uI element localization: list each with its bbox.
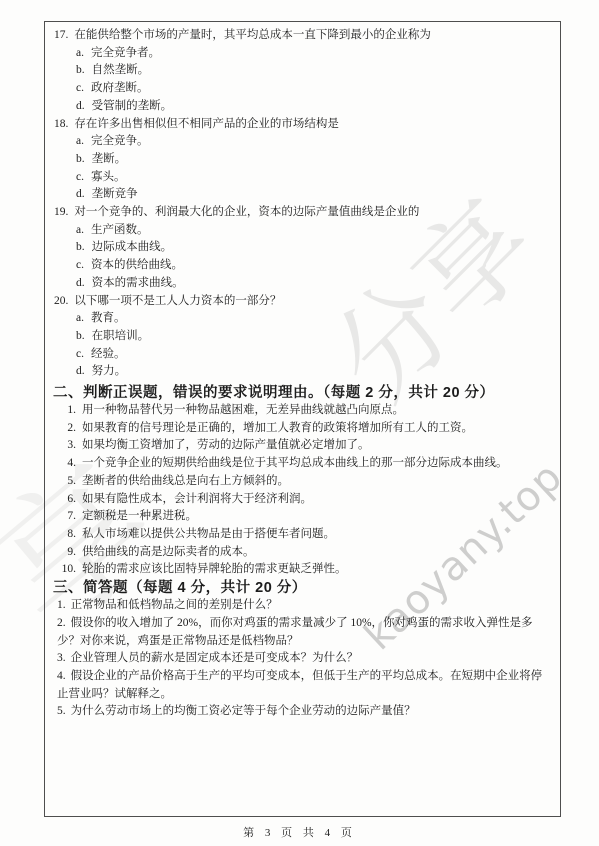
question-text: 对一个竞争的、利润最大化的企业，资本的边际产量值曲线是企业的: [74, 206, 419, 218]
question-stem: 20.以下哪一项不是工人人力资本的一部分？: [45, 293, 560, 311]
question-19: 19.对一个竞争的、利润最大化的企业，资本的边际产量值曲线是企业的 a.生产函数…: [45, 204, 560, 293]
option-a: a.完全竞争者。: [45, 45, 560, 63]
option-text: 政府垄断。: [91, 82, 149, 94]
option-label: a.: [76, 222, 84, 240]
item-text: 轮胎的需求应该比固特异牌轮胎的需求更缺乏弹性。: [82, 561, 347, 579]
option-text: 努力。: [92, 365, 127, 377]
item-number: 1.: [45, 402, 76, 420]
option-a: a.教育。: [45, 310, 560, 328]
item-text: 私人市场难以提供公共物品是由于搭便车者问题。: [82, 526, 335, 544]
option-text: 在职培训。: [92, 330, 150, 342]
tf-item-4: 4.一个竞争企业的短期供给曲线是位于其平均总成本曲线上的那一部分边际成本曲线。: [45, 455, 560, 473]
item-text: 如果教育的信号理论是正确的，增加工人教育的政策将增加所有工人的工资。: [82, 420, 473, 438]
option-label: a.: [76, 133, 84, 151]
option-text: 垄断竞争: [92, 188, 138, 200]
option-b: b.在职培训。: [45, 328, 560, 346]
option-c: c.经验。: [45, 346, 560, 364]
short-answer-section: 三、简答题（每题 4 分，共计 20 分） 1.正常物品和低档物品之间的差别是什…: [45, 579, 560, 721]
question-18: 18.存在许多出售相似但不相同产品的企业的市场结构是 a.完全竞争。 b.垄断。…: [45, 116, 560, 205]
item-text: 企业管理人员的薪水是固定成本还是可变成本？为什么？: [71, 652, 359, 664]
question-text: 在能供给整个市场的产量时，其平均总成本一直下降到最小的企业称为: [74, 29, 431, 41]
item-number: 3.: [57, 650, 66, 668]
question-number: 20.: [54, 293, 68, 311]
option-label: d.: [76, 98, 85, 116]
item-number: 8.: [45, 526, 76, 544]
question-text: 存在许多出售相似但不相同产品的企业的市场结构是: [74, 118, 339, 130]
question-number: 18.: [54, 116, 68, 134]
option-b: b.垄断。: [45, 151, 560, 169]
true-false-section: 二、判断正误题，错误的要求说明理由。（每题 2 分，共计 20 分） 1.用一种…: [45, 384, 560, 579]
option-c: c.资本的供给曲线。: [45, 257, 560, 275]
option-text: 资本的需求曲线。: [92, 277, 184, 289]
option-label: d.: [76, 186, 85, 204]
option-label: b.: [76, 62, 85, 80]
option-text: 教育。: [91, 312, 126, 324]
question-stem: 17.在能供给整个市场的产量时，其平均总成本一直下降到最小的企业称为: [45, 27, 560, 45]
multiple-choice-section: 17.在能供给整个市场的产量时，其平均总成本一直下降到最小的企业称为 a.完全竞…: [45, 27, 560, 381]
option-label: b.: [76, 239, 85, 257]
item-number: 5.: [57, 703, 66, 721]
option-label: c.: [76, 169, 84, 187]
sa-item-4: 4.假设企业的产品价格高于生产的平均可变成本，但低于生产的平均总成本。在短期中企…: [45, 668, 560, 703]
item-text: 正常物品和低档物品之间的差别是什么？: [71, 599, 278, 611]
question-number: 19.: [54, 204, 68, 222]
item-number: 4.: [57, 668, 66, 686]
item-number: 1.: [57, 597, 66, 615]
question-stem: 19.对一个竞争的、利润最大化的企业，资本的边际产量值曲线是企业的: [45, 204, 560, 222]
option-a: a.完全竞争。: [45, 133, 560, 151]
option-c: c.寡头。: [45, 169, 560, 187]
option-label: a.: [76, 45, 84, 63]
tf-item-7: 7.定额税是一种累进税。: [45, 508, 560, 526]
item-number: 2.: [57, 615, 66, 633]
option-label: c.: [76, 257, 84, 275]
tf-item-2: 2.如果教育的信号理论是正确的，增加工人教育的政策将增加所有工人的工资。: [45, 420, 560, 438]
option-text: 垄断。: [92, 153, 127, 165]
question-number: 17.: [54, 27, 68, 45]
tf-item-6: 6.如果有隐性成本，会计利润将大于经济利润。: [45, 491, 560, 509]
option-text: 资本的供给曲线。: [91, 259, 183, 271]
tf-item-9: 9.供给曲线的高是边际卖者的成本。: [45, 544, 560, 562]
sa-item-5: 5.为什么劳动市场上的均衡工资必定等于每个企业劳动的边际产量值？: [45, 703, 560, 721]
item-text: 用一种物品替代另一种物品越困难，无差异曲线就越凸向原点。: [82, 402, 404, 420]
item-number: 10.: [45, 561, 76, 579]
item-number: 6.: [45, 491, 76, 509]
tf-item-8: 8.私人市场难以提供公共物品是由于搭便车者问题。: [45, 526, 560, 544]
option-b: b.自然垄断。: [45, 62, 560, 80]
question-text: 以下哪一项不是工人人力资本的一部分？: [74, 295, 281, 307]
item-number: 9.: [45, 544, 76, 562]
item-text: 定额税是一种累进税。: [82, 508, 197, 526]
sa-item-1: 1.正常物品和低档物品之间的差别是什么？: [45, 597, 560, 615]
sa-item-2: 2.假设你的收入增加了 20%，而你对鸡蛋的需求量减少了 10%，你对鸡蛋的需求…: [45, 615, 560, 650]
option-text: 完全竞争。: [91, 135, 149, 147]
option-label: c.: [76, 346, 84, 364]
option-text: 寡头。: [91, 171, 126, 183]
option-a: a.生产函数。: [45, 222, 560, 240]
option-label: b.: [76, 151, 85, 169]
option-text: 生产函数。: [91, 224, 149, 236]
section3-heading: 三、简答题（每题 4 分，共计 20 分）: [45, 579, 560, 597]
item-text: 一个竞争企业的短期供给曲线是位于其平均总成本曲线上的那一部分边际成本曲线。: [82, 455, 508, 473]
page-number: 第 3 页 共 4 页: [0, 824, 599, 840]
exam-page: 17.在能供给整个市场的产量时，其平均总成本一直下降到最小的企业称为 a.完全竞…: [44, 21, 561, 817]
tf-item-3: 3.如果均衡工资增加了，劳动的边际产量值就必定增加了。: [45, 437, 560, 455]
item-text: 为什么劳动市场上的均衡工资必定等于每个企业劳动的边际产量值？: [71, 705, 416, 717]
option-d: d.努力。: [45, 363, 560, 381]
option-c: c.政府垄断。: [45, 80, 560, 98]
option-d: d.资本的需求曲线。: [45, 275, 560, 293]
option-d: d.垄断竞争: [45, 186, 560, 204]
question-20: 20.以下哪一项不是工人人力资本的一部分？ a.教育。 b.在职培训。 c.经验…: [45, 293, 560, 382]
sa-item-3: 3.企业管理人员的薪水是固定成本还是可变成本？为什么？: [45, 650, 560, 668]
option-label: a.: [76, 310, 84, 328]
item-text: 供给曲线的高是边际卖者的成本。: [82, 544, 255, 562]
option-text: 边际成本曲线。: [92, 241, 173, 253]
tf-item-1: 1.用一种物品替代另一种物品越困难，无差异曲线就越凸向原点。: [45, 402, 560, 420]
option-text: 经验。: [91, 348, 126, 360]
option-b: b.边际成本曲线。: [45, 239, 560, 257]
item-number: 7.: [45, 508, 76, 526]
tf-item-5: 5.垄断者的供给曲线总是向右上方倾斜的。: [45, 473, 560, 491]
item-text: 如果有隐性成本，会计利润将大于经济利润。: [82, 491, 312, 509]
option-label: d.: [76, 363, 85, 381]
option-d: d.受管制的垄断。: [45, 98, 560, 116]
item-text: 假设企业的产品价格高于生产的平均可变成本，但低于生产的平均总成本。在短期中企业将…: [57, 670, 542, 700]
option-text: 受管制的垄断。: [92, 100, 173, 112]
item-number: 2.: [45, 420, 76, 438]
item-text: 如果均衡工资增加了，劳动的边际产量值就必定增加了。: [82, 437, 370, 455]
option-text: 自然垄断。: [92, 64, 150, 76]
option-label: d.: [76, 275, 85, 293]
option-label: b.: [76, 328, 85, 346]
item-number: 4.: [45, 455, 76, 473]
item-number: 3.: [45, 437, 76, 455]
section2-heading: 二、判断正误题，错误的要求说明理由。（每题 2 分，共计 20 分）: [45, 384, 560, 402]
option-label: c.: [76, 80, 84, 98]
tf-item-10: 10.轮胎的需求应该比固特异牌轮胎的需求更缺乏弹性。: [45, 561, 560, 579]
question-17: 17.在能供给整个市场的产量时，其平均总成本一直下降到最小的企业称为 a.完全竞…: [45, 27, 560, 116]
item-text: 垄断者的供给曲线总是向右上方倾斜的。: [82, 473, 289, 491]
item-number: 5.: [45, 473, 76, 491]
question-stem: 18.存在许多出售相似但不相同产品的企业的市场结构是: [45, 116, 560, 134]
item-text: 假设你的收入增加了 20%，而你对鸡蛋的需求量减少了 10%，你对鸡蛋的需求收入…: [57, 617, 533, 647]
option-text: 完全竞争者。: [91, 47, 160, 59]
